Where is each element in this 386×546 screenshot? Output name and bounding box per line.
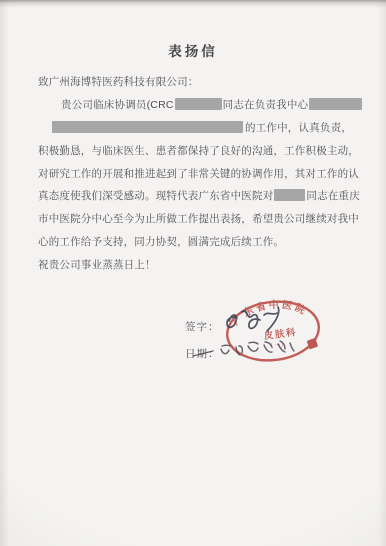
seal-arc-text: 广东省中医院 <box>227 294 311 329</box>
body-text: 的工作中，认真负责， <box>245 122 352 134</box>
redaction-block <box>175 98 222 110</box>
body-line-4: 对研究工作的开展和推进起到了非常关键的协调作用，其对工作的认 <box>38 163 356 186</box>
body-line-5: 真态度使我们深受感动。现特代表广东省中医院对同志在重庆 <box>38 185 356 208</box>
redaction-block <box>52 121 243 133</box>
redaction-block <box>274 189 305 201</box>
scanned-letter-photo: 表扬信 致广州海博特医药科技有限公司： 贵公司临床协调员(CRC同志在负责我中心… <box>0 0 386 546</box>
body-text: 同志在负责我中心 <box>223 99 309 111</box>
closing-wish: 祝贵公司事业蒸蒸日上！ <box>38 254 356 277</box>
official-seal-area: 广东省中医院 皮肤科 （一） <box>190 294 325 370</box>
body-line-6: 市中医院分中心至今为止所做工作提出表扬，希望贵公司继续对我中 <box>38 208 356 231</box>
body-line-1: 贵公司临床协调员(CRC同志在负责我中心 <box>38 94 356 117</box>
letter-title: 表扬信 <box>0 40 386 60</box>
body-text: 真态度使我们深受感动。现特代表广东省中医院对 <box>38 190 273 202</box>
salutation: 致广州海博特医药科技有限公司： <box>38 71 356 94</box>
body-line-2: 的工作中，认真负责， <box>38 117 356 140</box>
body-line-3: 积极勤恳，与临床医生、患者都保持了良好的沟通，工作积极主动， <box>38 140 356 163</box>
body-text: 贵公司临床协调员(CRC <box>61 99 174 111</box>
official-seal-icon: 广东省中医院 皮肤科 （一） <box>190 294 325 370</box>
letter-document: 表扬信 致广州海博特医药科技有限公司： 贵公司临床协调员(CRC同志在负责我中心… <box>0 0 386 546</box>
body-text: 同志在重庆 <box>306 190 360 202</box>
letter-body: 致广州海博特医药科技有限公司： 贵公司临床协调员(CRC同志在负责我中心 的工作… <box>38 71 356 277</box>
redaction-block <box>309 98 362 110</box>
body-line-7: 心的工作给予支持，同力协契，圆满完成后续工作。 <box>38 231 356 254</box>
